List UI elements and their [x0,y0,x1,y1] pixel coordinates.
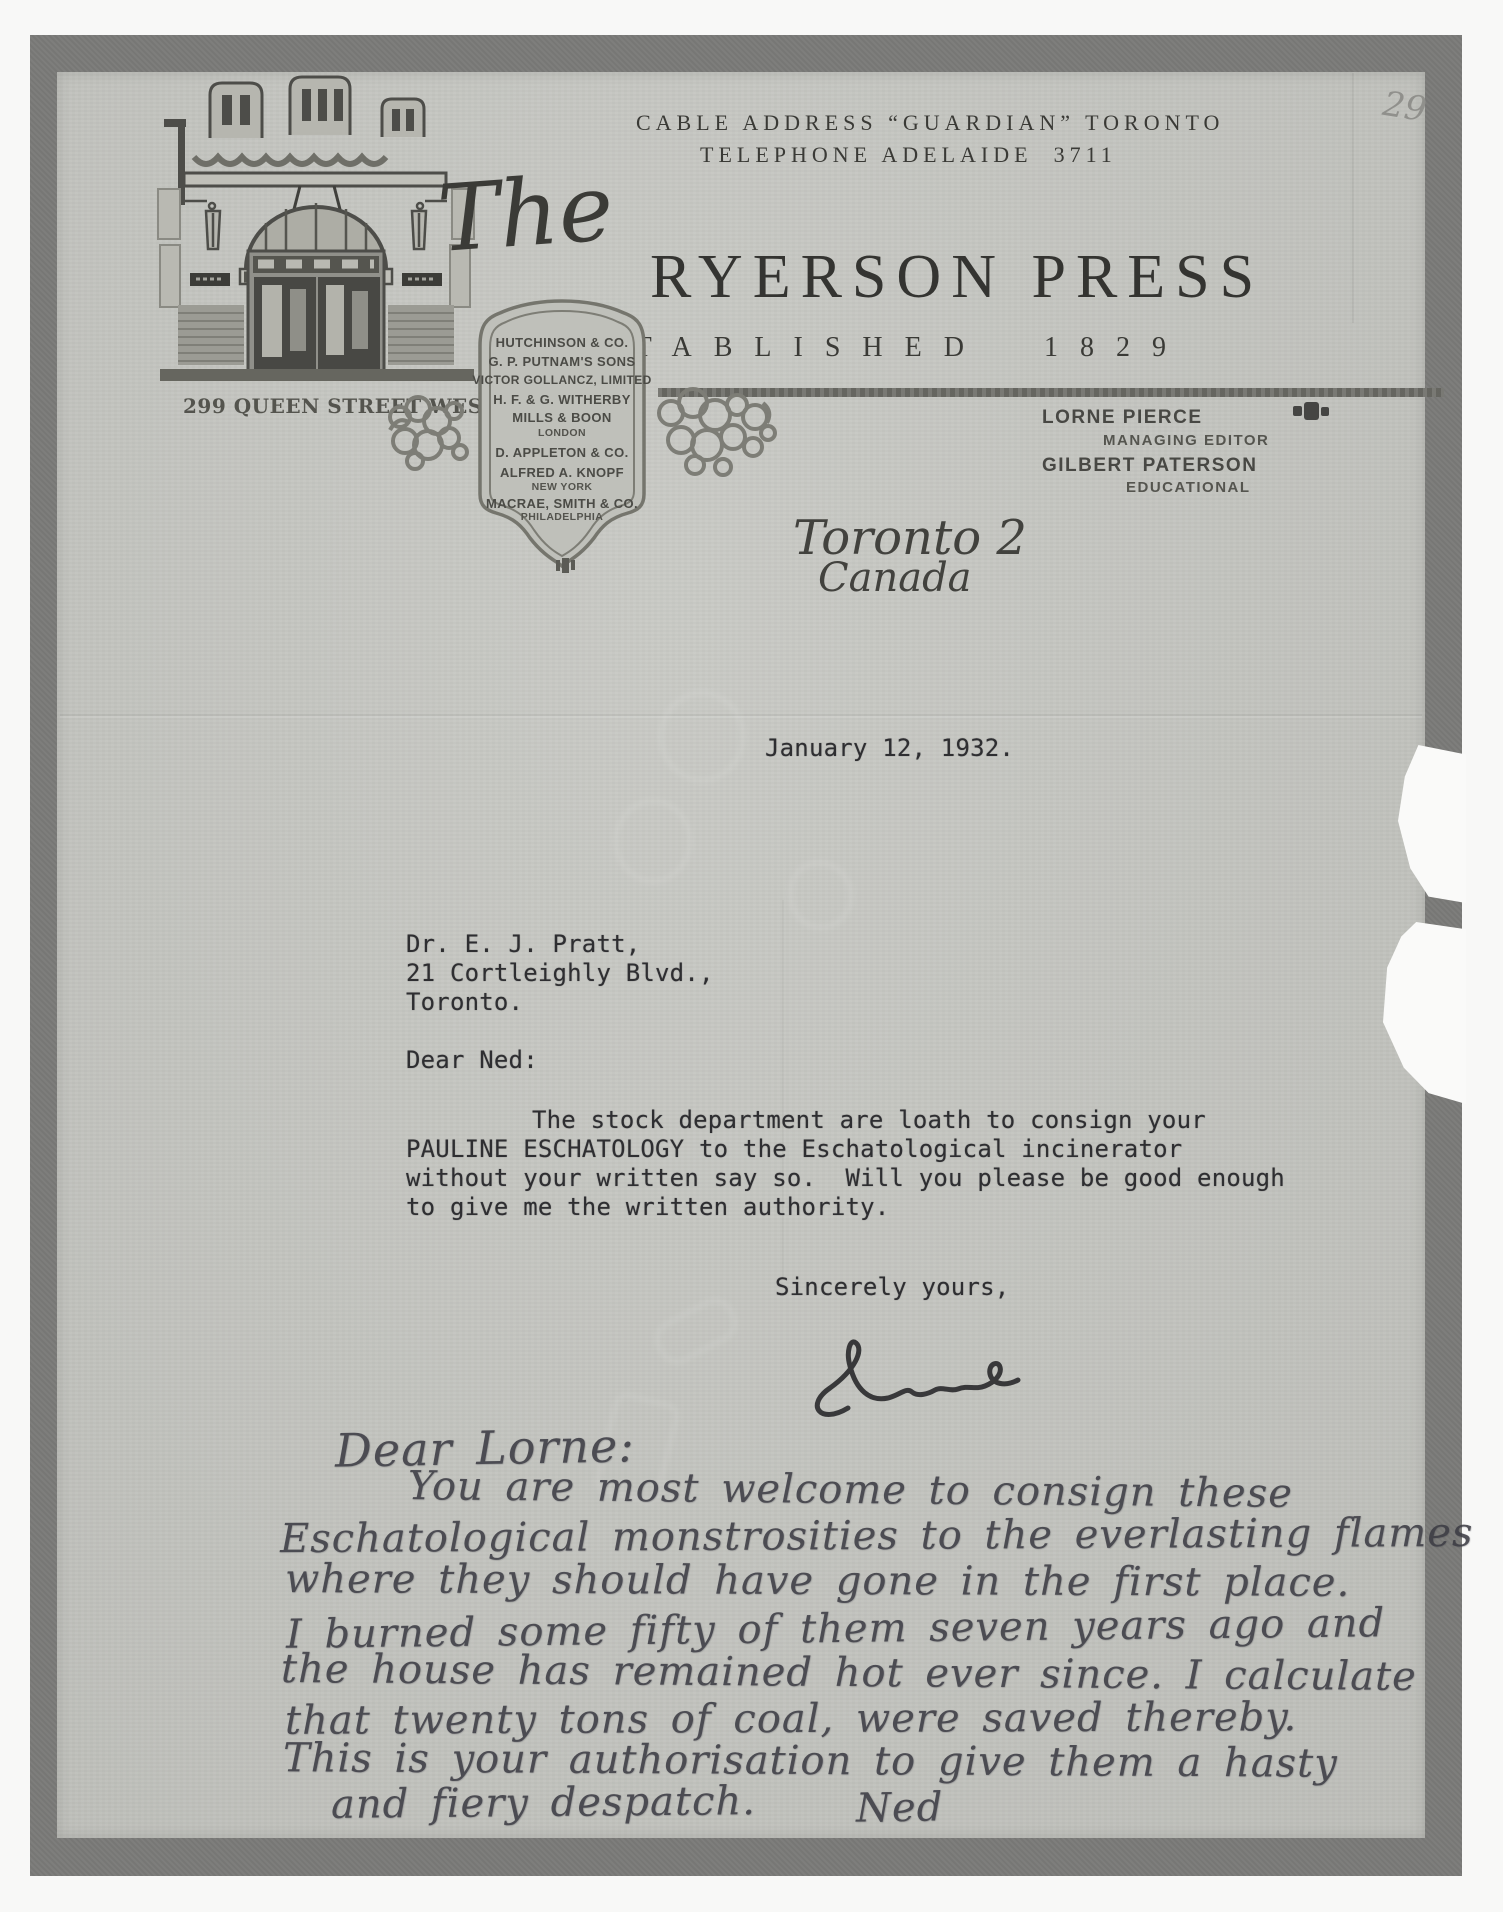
letterhead-country: Canada [818,558,972,598]
publisher-city: NEW YORK [462,482,662,493]
editor-name-1: LORNE PIERCE [1042,408,1203,427]
company-name-the: The [435,162,616,266]
body-line: to give me the written authority. [406,1195,889,1219]
crease-vertical-top [1352,73,1354,323]
vine-ornament-right [655,385,780,480]
publisher-entry: H. F. & G. WITHERBY [462,393,662,406]
editor-title-2: EDUCATIONAL [1126,480,1251,495]
publisher-entry: MILLS & BOON [462,411,662,424]
pencil-folio-number: 29 [1381,87,1429,127]
reply-line: and fiery despatch. [331,1781,756,1825]
publisher-entry: ALFRED A. KNOPF [462,466,662,479]
publisher-entry: MACRAE, SMITH & CO. [462,497,662,510]
watermark [660,692,744,781]
publisher-city: PHILADELPHIA [462,512,662,523]
publisher-city: LONDON [462,428,662,439]
signature-lorne [790,1330,1050,1440]
publisher-list: HUTCHINSON & CO. G. P. PUTNAM'S SONS VIC… [462,298,662,588]
crease-vertical-middle [782,900,784,1280]
storefront-illustration [150,73,482,413]
editor-title-1: MANAGING EDITOR [1103,433,1269,448]
scanned-letter-page: 29 CABLE ADDRESS “GUARDIAN” TORONTO TELE… [0,0,1503,1912]
letter-date: January 12, 1932. [765,736,1014,760]
recipient-line: Dr. E. J. Pratt, [406,932,640,956]
publisher-entry: HUTCHINSON & CO. [462,336,662,349]
reply-line: You are most welcome to consign these [408,1466,1293,1514]
editor-name-2: GILBERT PATERSON [1042,456,1257,475]
closing: Sincerely yours, [775,1275,1009,1299]
cable-address-line: CABLE ADDRESS “GUARDIAN” TORONTO [636,112,1224,134]
publisher-entry: VICTOR GOLLANCZ, LIMITED [462,374,662,386]
fold-crease-highlight [60,716,1422,718]
reply-signed: Ned [856,1787,944,1828]
reply-line: Eschatological monstrosities to the ever… [280,1513,1474,1559]
body-line: The stock department are loath to consig… [532,1108,1206,1132]
publisher-entry: G. P. PUTNAM'S SONS [462,355,662,368]
printer-ornament-icon [1293,400,1335,430]
salutation: Dear Ned: [406,1048,538,1072]
vine-ornament-left [385,392,470,472]
reply-line: This is your authorisation to give them … [283,1738,1338,1784]
publisher-entry: D. APPLETON & CO. [462,446,662,459]
watermark [615,800,691,882]
body-line: without your written say so. Will you pl… [406,1166,1285,1190]
body-line: PAULINE ESCHATOLOGY to the Eschatologica… [406,1137,1182,1161]
recipient-line: 21 Cortleighly Blvd., [406,961,714,985]
recipient-line: Toronto. [406,990,523,1014]
watermark [790,862,852,928]
telephone-line: TELEPHONE ADELAIDE 3711 [700,144,1117,166]
reply-line: the house has remained hot ever since. I… [281,1649,1417,1697]
reply-line: that twenty tons of coal, were saved the… [285,1697,1297,1741]
reply-line: where they should have gone in the first… [285,1559,1350,1603]
company-name: RYERSON PRESS [650,246,1264,308]
